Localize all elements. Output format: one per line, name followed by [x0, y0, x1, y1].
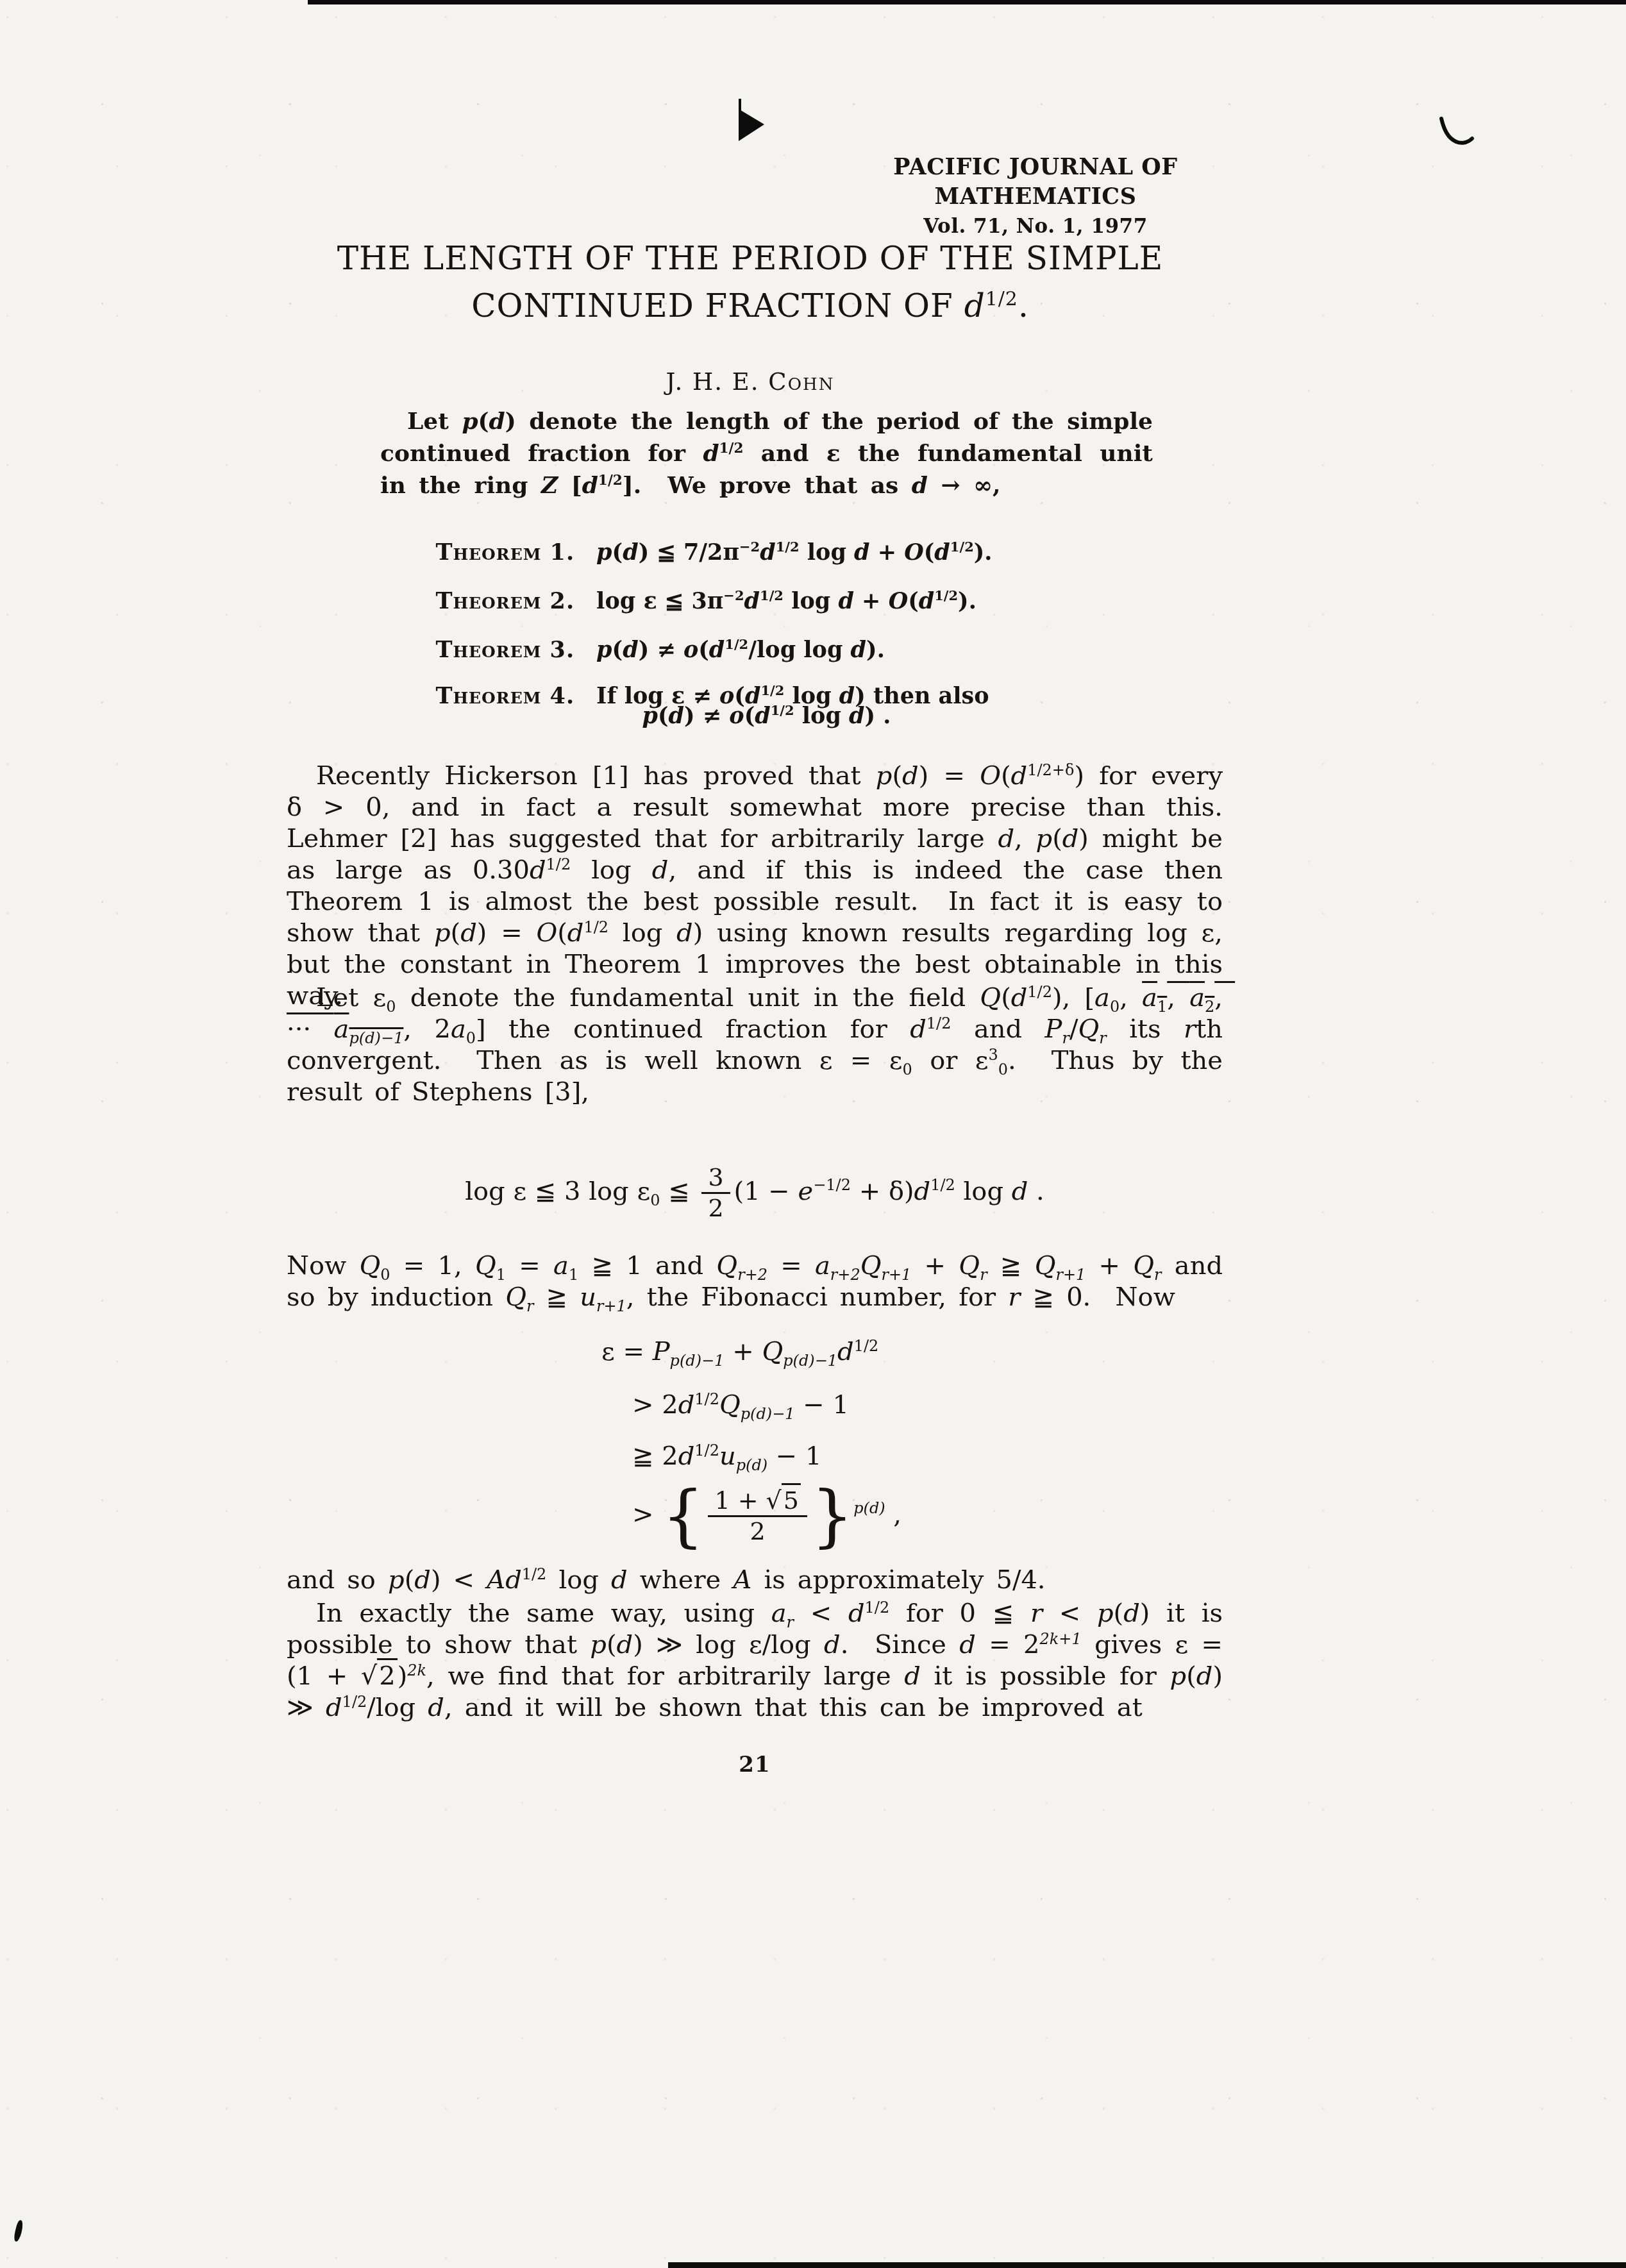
theorem-1: Theorem 1.p(d) ≦ 7/2π−2d1/2 log d + O(d1… [420, 513, 1177, 566]
equation-chain-row-4: > {1 + √52}p(d) , [632, 1488, 901, 1545]
theorem-4-display: p(d) ≠ o(d1/2 log d) . [380, 703, 1153, 729]
scanned-paper-page: { "header": { "journal": "PACIFIC JOURNA… [0, 0, 1626, 2268]
paragraph-1: Recently Hickerson [1] has proved that p… [287, 760, 1223, 1012]
paragraph-3: Now Q0 = 1, Q1 = a1 ≧ 1 and Qr+2 = ar+2Q… [287, 1250, 1223, 1313]
pen-checkmark [1435, 117, 1481, 159]
scan-edge-line-bottom [668, 2262, 1626, 2268]
ink-blot-mark [739, 109, 764, 141]
paragraph-4: and so p(d) < Ad1/2 log d where A is app… [287, 1565, 1223, 1596]
equation-chain-row-2: > 2d1/2Qp(d)−1 − 1 [632, 1390, 849, 1420]
theorem-4: Theorem 4.If log ε ≠ o(d1/2 log d) then … [420, 657, 1177, 709]
paper-title: THE LENGTH OF THE PERIOD OF THE SIMPLE C… [204, 235, 1296, 330]
corner-ink-mark [13, 2219, 24, 2242]
journal-name: PACIFIC JOURNAL OF MATHEMATICS [840, 153, 1231, 212]
paragraph-5: In exactly the same way, using ar < d1/2… [287, 1598, 1223, 1724]
equation-stephens: log ε ≦ 3 log ε0 ≦ 32(1 − e−1/2 + δ)d1/2… [287, 1164, 1223, 1222]
equation-chain-row-3: ≧ 2d1/2up(d) − 1 [632, 1441, 822, 1471]
author-name: J. H. E. Cohn [204, 368, 1296, 396]
abstract-text: Let p(d) denote the length of the period… [380, 405, 1153, 501]
paper-title-line1: THE LENGTH OF THE PERIOD OF THE SIMPLE [204, 235, 1296, 282]
theorem-3: Theorem 3.p(d) ≠ o(d1/2/log log d). [420, 610, 1177, 663]
pen-checkmark-icon [1435, 117, 1481, 156]
paper-title-line2: CONTINUED FRACTION OF d1/2. [204, 282, 1296, 330]
equation-chain-row-1: ε = Pp(d)−1 + Qp(d)−1d1/2 [601, 1337, 878, 1366]
paragraph-2: Let ε0 denote the fundamental unit in th… [287, 982, 1223, 1108]
scan-edge-line-top [308, 0, 1626, 4]
theorem-2: Theorem 2.log ε ≦ 3π−2d1/2 log d + O(d1/… [420, 562, 1177, 614]
page-number: 21 [287, 1752, 1223, 1777]
journal-header: PACIFIC JOURNAL OF MATHEMATICS Vol. 71, … [840, 153, 1231, 241]
